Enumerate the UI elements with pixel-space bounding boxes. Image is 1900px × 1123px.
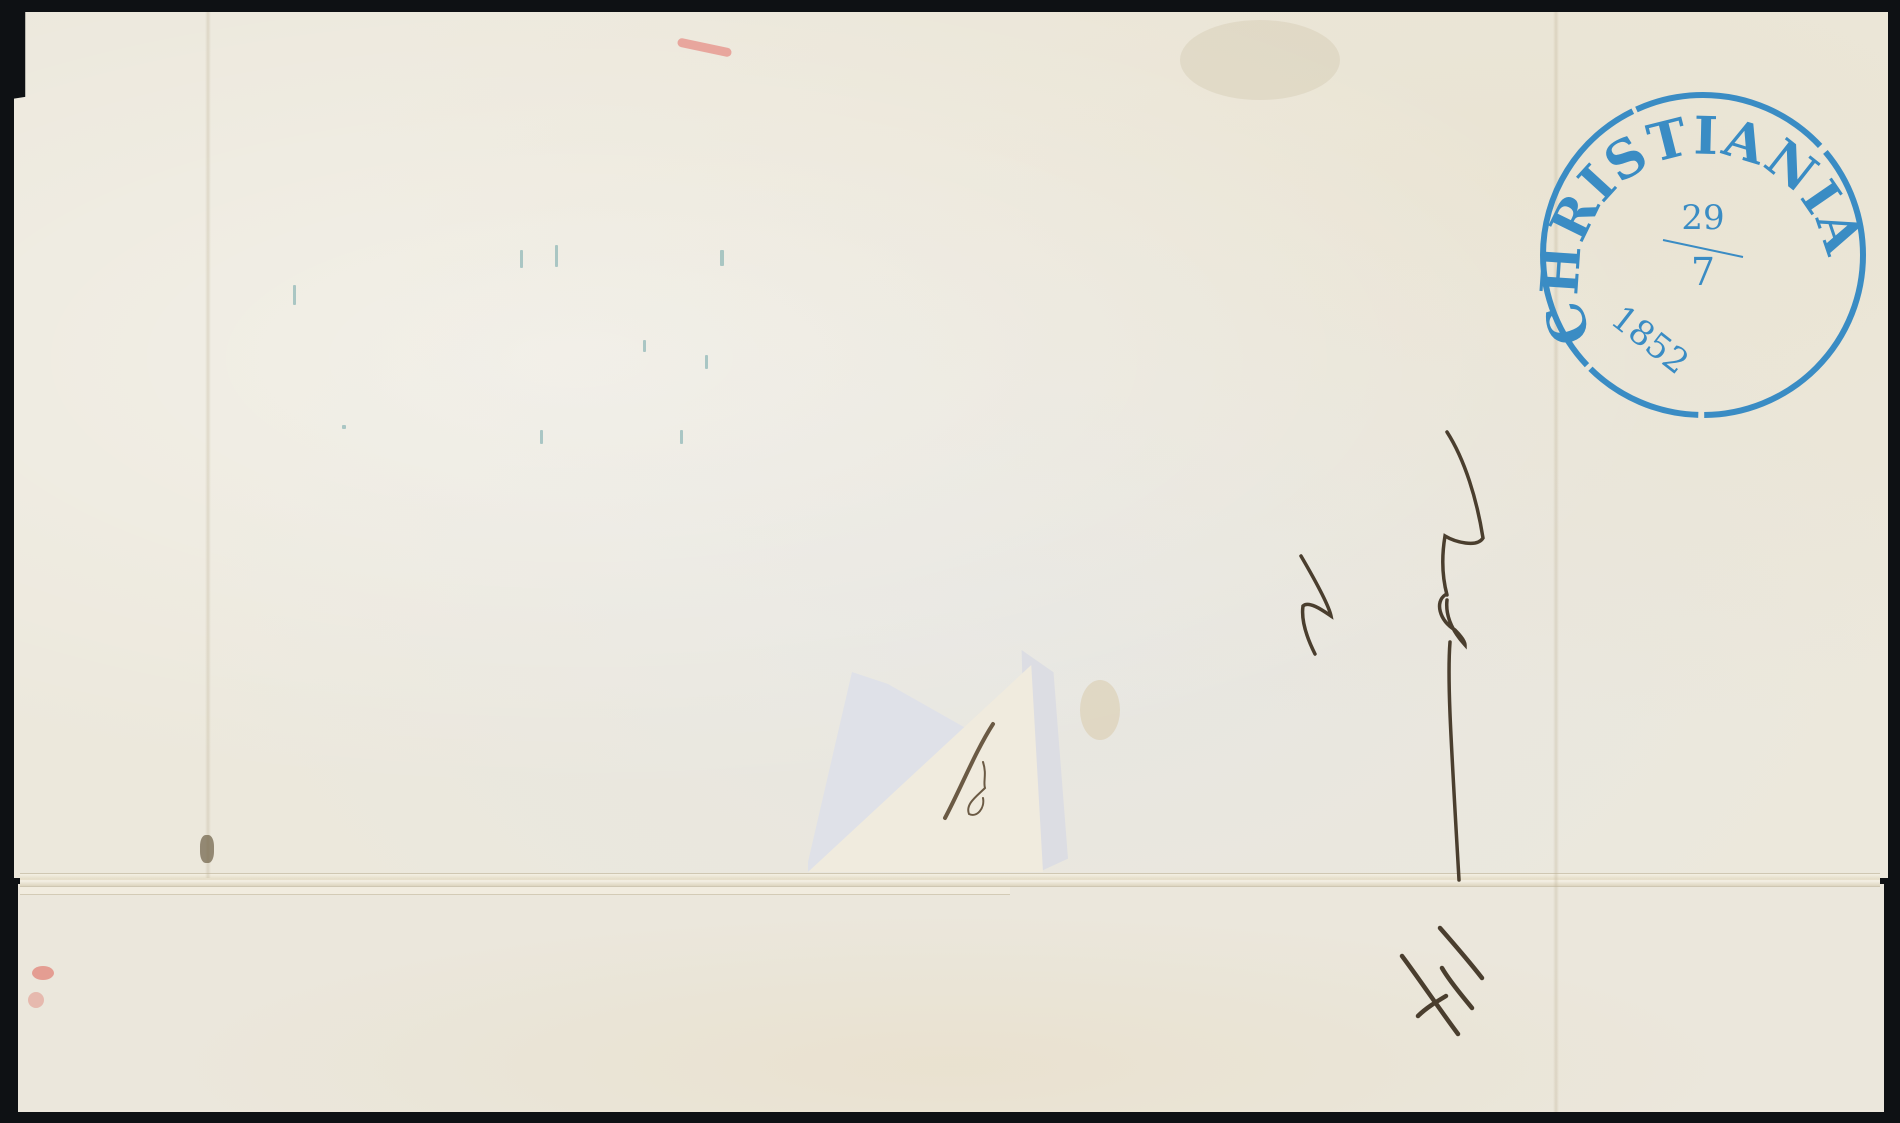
red-crayon-mark	[28, 992, 44, 1008]
toning-stain	[1080, 680, 1120, 740]
christiania-postmark: CHRISTIANIA 29 7 1852	[1535, 87, 1871, 423]
lower-back-flap	[18, 884, 1884, 1112]
bleed-through-ink	[643, 340, 646, 352]
postmark-day: 29	[1681, 198, 1724, 238]
bleed-through-ink	[720, 250, 724, 266]
bleed-through-ink	[540, 430, 543, 444]
manuscript-14-marking	[1390, 910, 1490, 1040]
circular-datestamp-icon: CHRISTIANIA 29 7 1852	[1535, 87, 1871, 423]
ink-stain	[200, 835, 214, 863]
bleed-through-ink	[520, 250, 523, 268]
left-vertical-fold	[205, 12, 211, 878]
bleed-through-ink	[342, 425, 346, 429]
toning-stain	[1180, 20, 1340, 100]
bleed-through-ink	[705, 355, 708, 369]
postmark-month: 7	[1691, 250, 1715, 294]
bleed-through-ink	[555, 245, 558, 267]
red-crayon-mark	[32, 966, 54, 980]
cover-photograph: CHRISTIANIA 29 7 1852	[0, 0, 1900, 1123]
manuscript-flap-marking	[925, 718, 1005, 828]
bleed-through-ink	[680, 430, 683, 444]
postmark-year: 1852	[1603, 298, 1696, 383]
manuscript-r-marking	[1295, 550, 1355, 660]
horizontal-fold-line	[20, 873, 1880, 887]
bleed-through-ink	[293, 285, 296, 305]
manuscript-ra-marking	[1405, 420, 1495, 880]
